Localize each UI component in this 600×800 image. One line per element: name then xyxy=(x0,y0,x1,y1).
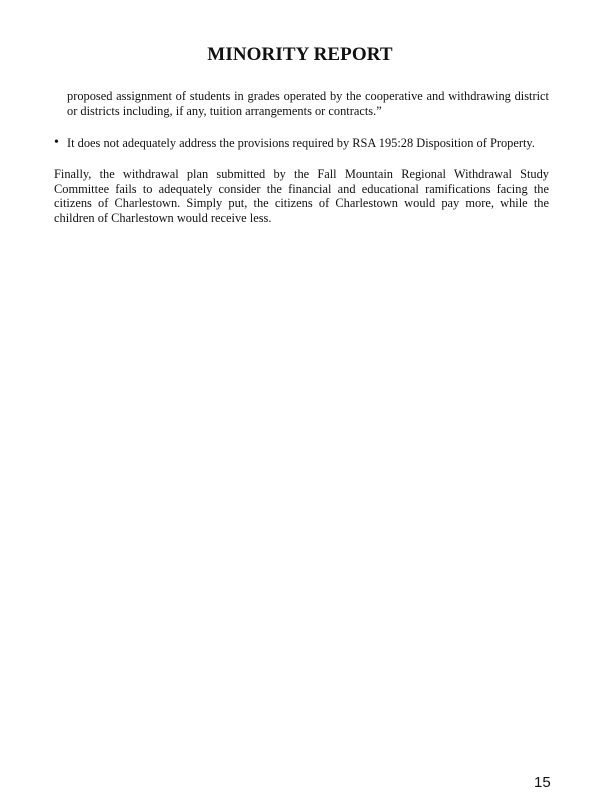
bullet-icon: • xyxy=(54,136,67,151)
page-title: MINORITY REPORT xyxy=(0,44,600,66)
quote-continuation: proposed assignment of students in grade… xyxy=(67,89,549,118)
page-number: 15 xyxy=(534,774,551,791)
conclusion-paragraph: Finally, the withdrawal plan submitted b… xyxy=(54,167,549,225)
bullet-text: It does not adequately address the provi… xyxy=(67,136,535,151)
bullet-item: • It does not adequately address the pro… xyxy=(54,136,554,151)
